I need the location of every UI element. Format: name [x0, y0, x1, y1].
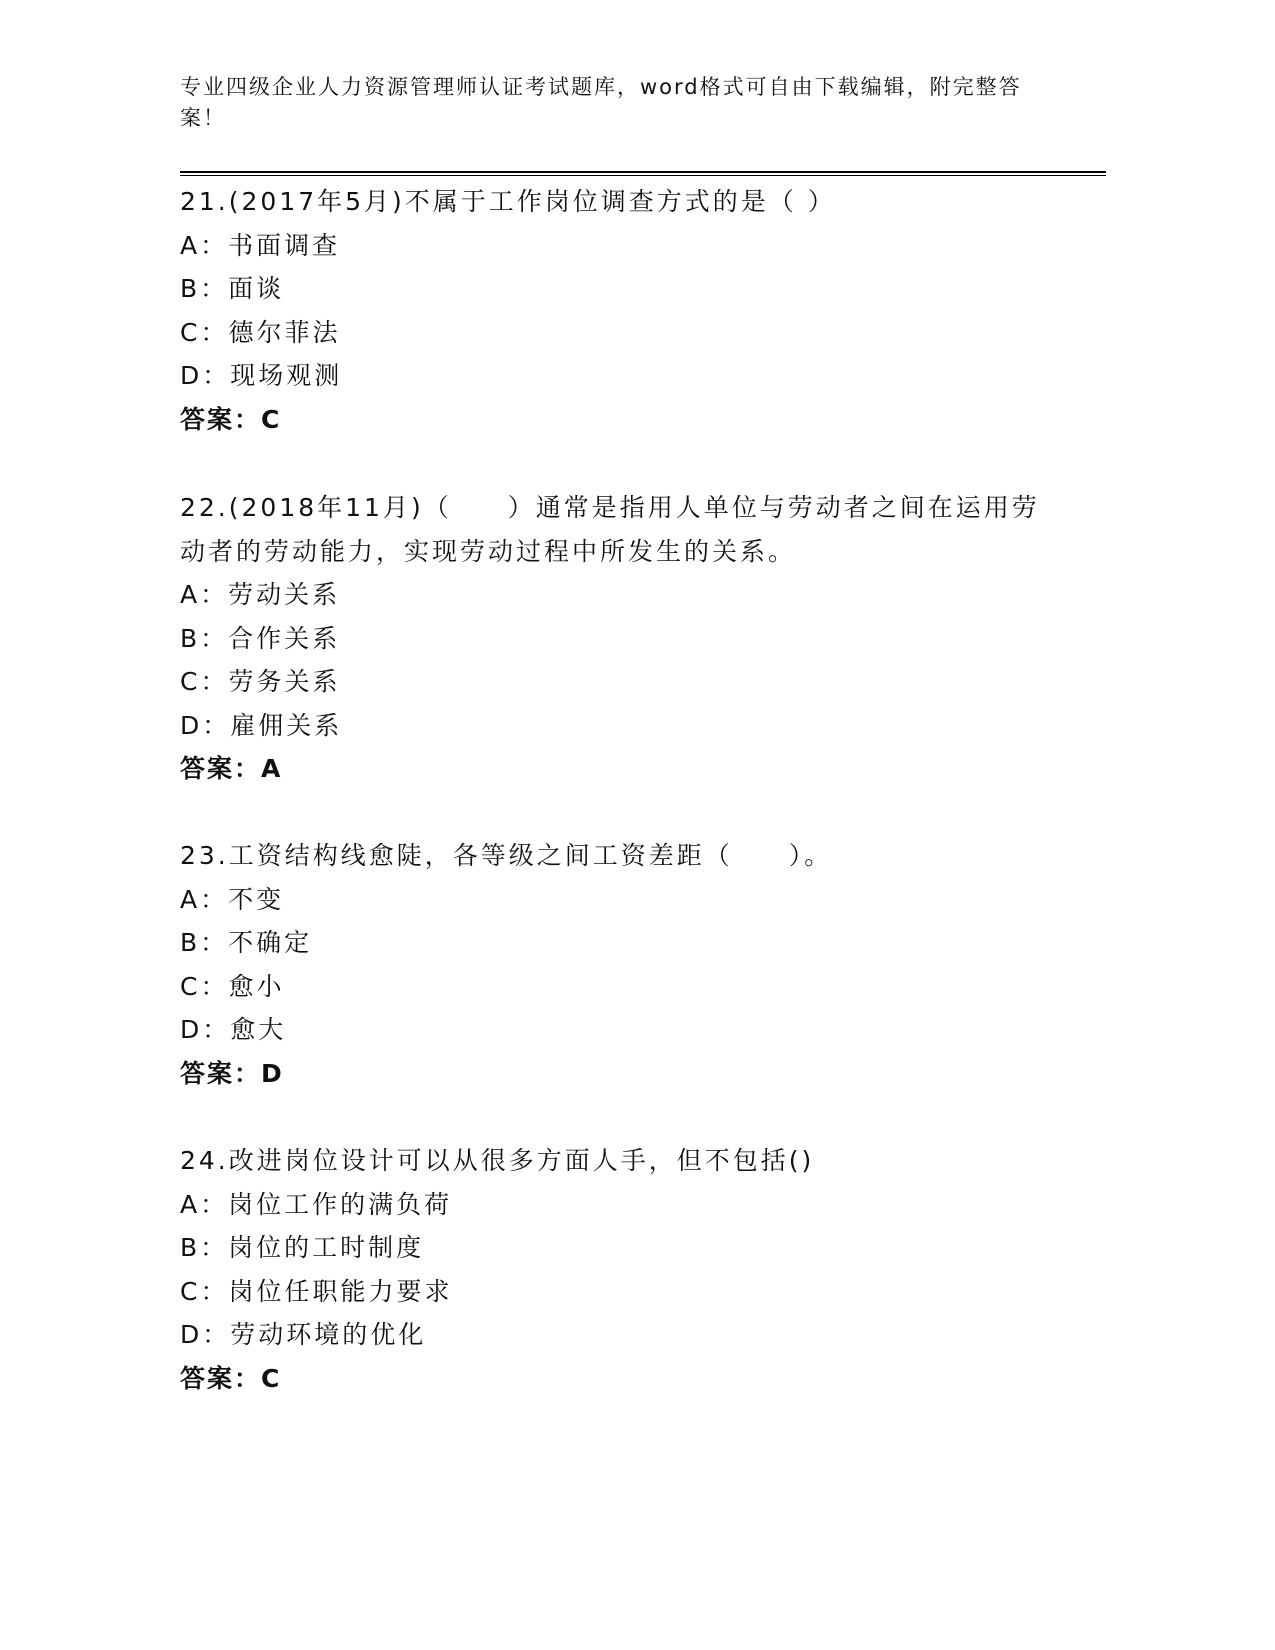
option-c: C：愈小 [180, 965, 1040, 1009]
answer: 答案：A [180, 747, 1040, 791]
option-c: C：岗位任职能力要求 [180, 1270, 1040, 1314]
option-c: C：劳务关系 [180, 660, 1040, 704]
question-text: 22.(2018年11月)（ ）通常是指用人单位与劳动者之间在运用劳动者的劳动能… [180, 486, 1040, 573]
option-a: A：书面调查 [180, 224, 1040, 268]
option-b: B：岗位的工时制度 [180, 1226, 1040, 1270]
question-21: 21.(2017年5月)不属于工作岗位调查方式的是（ ） A：书面调查 B：面谈… [180, 180, 1040, 441]
question-text: 23.工资结构线愈陡，各等级之间工资差距（ ）。 [180, 834, 1040, 878]
option-d: D：雇佣关系 [180, 704, 1040, 748]
answer: 答案：C [180, 398, 1040, 442]
option-b: B：合作关系 [180, 617, 1040, 661]
answer: 答案：D [180, 1052, 1040, 1096]
option-d: D：愈大 [180, 1008, 1040, 1052]
option-a: A：不变 [180, 878, 1040, 922]
header-rule-thick [180, 171, 1106, 173]
option-c: C：德尔菲法 [180, 311, 1040, 355]
question-text: 24.改进岗位设计可以从很多方面人手，但不包括() [180, 1139, 1040, 1183]
document-header: 专业四级企业人力资源管理师认证考试题库，word格式可自由下载编辑，附完整答案！ [180, 72, 1040, 134]
option-b: B：面谈 [180, 267, 1040, 311]
header-rule-thin [180, 175, 1106, 176]
question-22: 22.(2018年11月)（ ）通常是指用人单位与劳动者之间在运用劳动者的劳动能… [180, 486, 1040, 791]
question-24: 24.改进岗位设计可以从很多方面人手，但不包括() A：岗位工作的满负荷 B：岗… [180, 1139, 1040, 1400]
option-d: D：现场观测 [180, 354, 1040, 398]
option-d: D：劳动环境的优化 [180, 1313, 1040, 1357]
question-text: 21.(2017年5月)不属于工作岗位调查方式的是（ ） [180, 180, 1040, 224]
option-b: B：不确定 [180, 921, 1040, 965]
question-23: 23.工资结构线愈陡，各等级之间工资差距（ ）。 A：不变 B：不确定 C：愈小… [180, 834, 1040, 1095]
option-a: A：岗位工作的满负荷 [180, 1183, 1040, 1227]
option-a: A：劳动关系 [180, 573, 1040, 617]
answer: 答案：C [180, 1357, 1040, 1401]
